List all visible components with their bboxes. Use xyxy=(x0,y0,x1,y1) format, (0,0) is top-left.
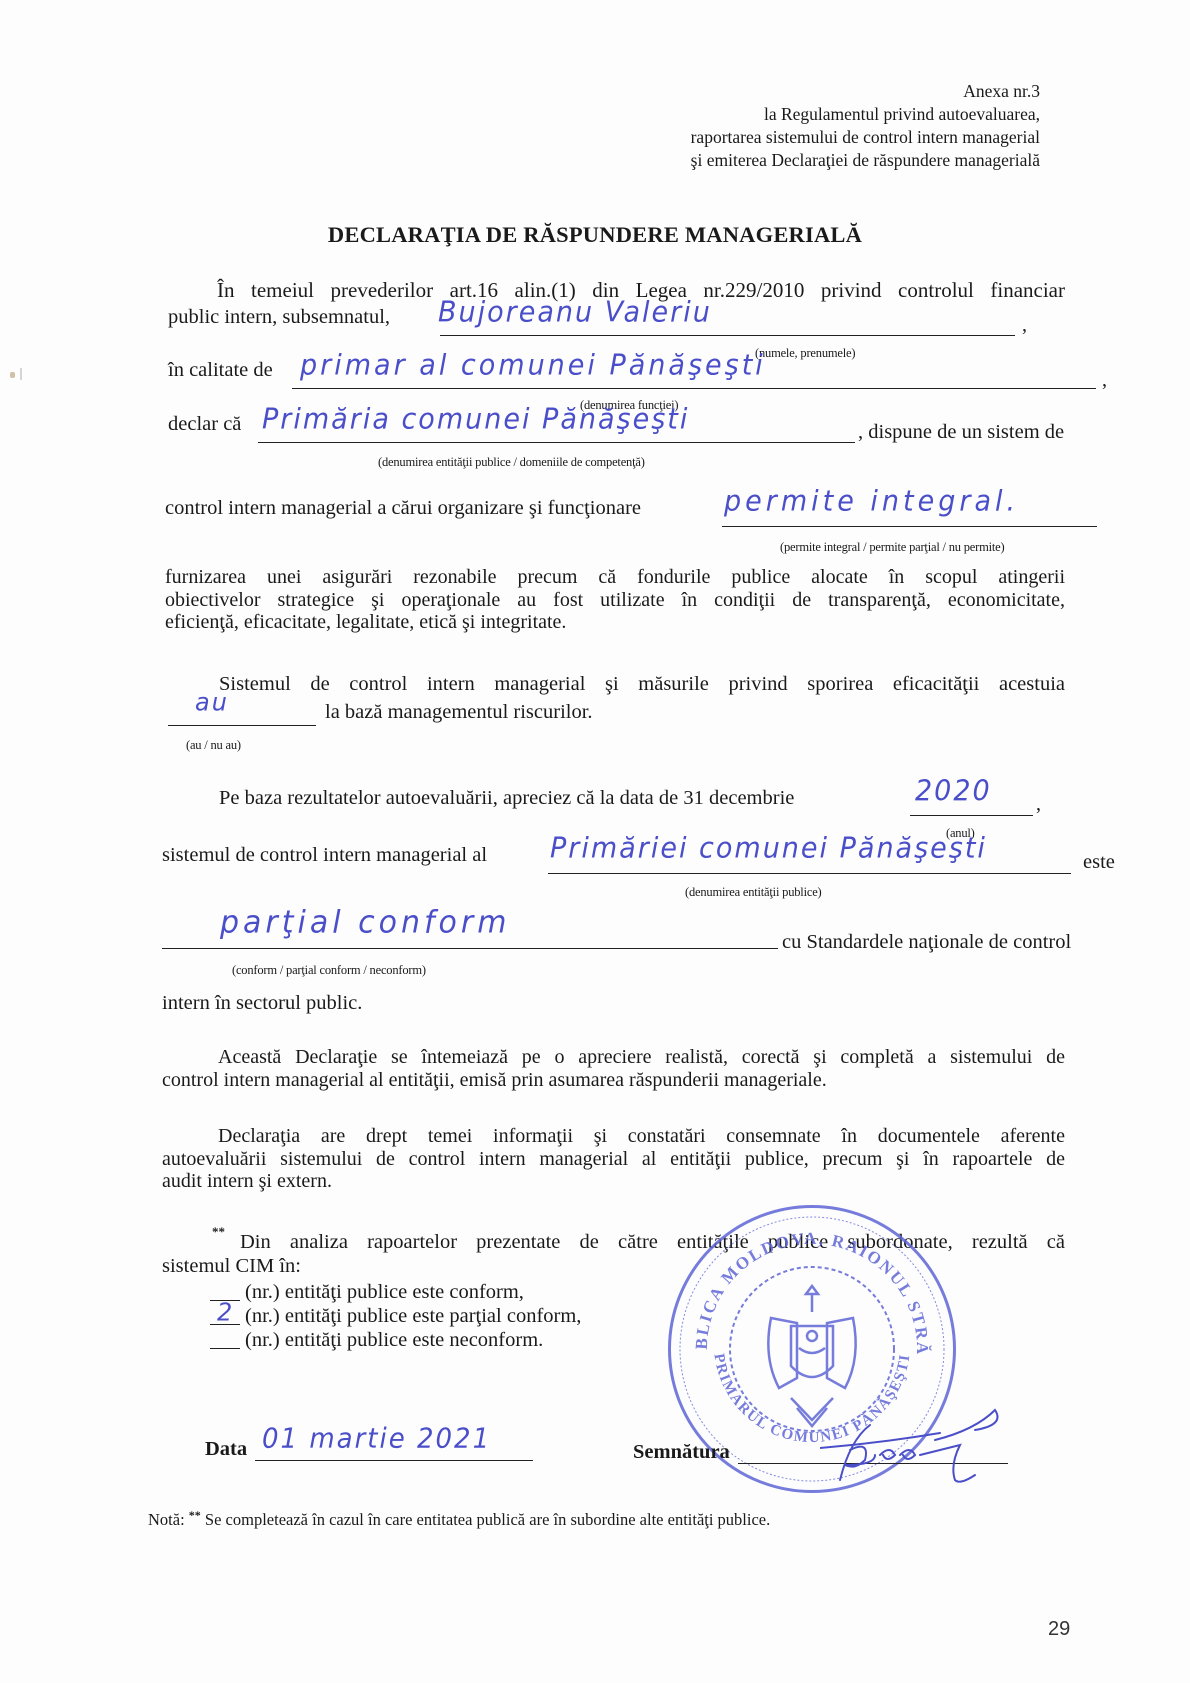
statement-1-line-2: control intern managerial al entităţii, … xyxy=(162,1069,1065,1092)
entity-field-hint: (denumirea entităţii publice / domeniile… xyxy=(378,455,645,469)
control-body-line-2: obiectivelor strategice şi operaţionale … xyxy=(165,589,1065,612)
date-label: Data xyxy=(205,1437,247,1461)
scan-speck xyxy=(20,368,22,380)
conformity-field-hint: (conform / parţial conform / neconform) xyxy=(232,963,426,977)
conform-count-label: (nr.) entităţi publice este conform, xyxy=(245,1280,524,1304)
role-field-comma: , xyxy=(1102,368,1107,392)
statement-1-line-1: Această Declaraţie se întemeiază pe o ap… xyxy=(162,1046,1065,1069)
page-number: 29 xyxy=(1048,1618,1070,1641)
annex-number: Anexa nr.3 xyxy=(691,80,1040,103)
partial-count-value[interactable]: 2 xyxy=(217,1297,234,1326)
conformity-suffix: cu Standardele naţionale de control xyxy=(782,930,1071,954)
nonconform-count-line xyxy=(210,1348,240,1349)
statement-1: Această Declaraţie se întemeiază pe o ap… xyxy=(162,1046,1065,1091)
system-label: sistemul de control intern managerial al xyxy=(162,843,487,867)
control-label: control intern managerial a cărui organi… xyxy=(165,496,641,520)
footnote-marker: ** xyxy=(189,1508,201,1522)
subordinates-line-2: sistemul CIM în: xyxy=(162,1254,301,1278)
year-field-comma: , xyxy=(1036,792,1041,816)
statement-2-line-2: autoevaluării sistemului de control inte… xyxy=(162,1148,1065,1171)
name-field-value[interactable]: Bujoreanu Valeriu xyxy=(438,296,712,329)
date-field-value[interactable]: 01 martie 2021 xyxy=(262,1423,491,1455)
entity2-field-value[interactable]: Primăriei comunei Pănăşeşti xyxy=(550,832,987,865)
risk-line-1: Sistemul de control intern managerial şi… xyxy=(219,672,1065,696)
year-field-value[interactable]: 2020 xyxy=(915,775,992,808)
conformity-field-line xyxy=(162,948,778,949)
conformity-field-value[interactable]: parţial conform xyxy=(220,904,510,941)
footnote-label: Notă: xyxy=(148,1510,185,1529)
entity2-suffix: este xyxy=(1083,850,1115,874)
annex-line-3: şi emiterea Declaraţiei de răspundere ma… xyxy=(691,149,1040,172)
nonconform-count-label: (nr.) entităţi publice este neconform. xyxy=(245,1328,543,1352)
year-field-line xyxy=(910,815,1033,816)
assessment-label: Pe baza rezultatelor autoevaluării, apre… xyxy=(219,786,794,810)
date-field-line xyxy=(255,1460,533,1461)
entity-field-line xyxy=(258,442,855,443)
declare-suffix: , dispune de un sistem de xyxy=(858,420,1064,444)
statement-2: Declaraţia are drept temei informaţii şi… xyxy=(162,1125,1065,1193)
partial-count-label: (nr.) entităţi publice este parţial conf… xyxy=(245,1304,581,1328)
control-body-line-1: furnizarea unei asigurări rezonabile pre… xyxy=(165,566,1065,589)
control-field-line xyxy=(722,526,1097,527)
control-field-value[interactable]: permite integral. xyxy=(724,485,1019,518)
signature-label: Semnătura xyxy=(633,1440,730,1464)
role-field-line xyxy=(292,388,1096,389)
name-field-line xyxy=(440,335,1015,336)
risk-line-2: la bază managementul riscurilor. xyxy=(325,700,593,724)
role-label: în calitate de xyxy=(168,358,273,382)
handwritten-signature-icon[interactable] xyxy=(820,1400,1020,1485)
declare-label: declar că xyxy=(168,412,241,436)
footnote: Notă: ** Se completează în cazul în care… xyxy=(148,1510,770,1530)
intro-line-2: public intern, subsemnatul, xyxy=(168,305,390,329)
annex-header: Anexa nr.3 la Regulamentul privind autoe… xyxy=(691,80,1040,172)
scan-speck xyxy=(10,372,15,378)
subordinates-marker: ** xyxy=(212,1224,225,1240)
footnote-text: Se completează în cazul în care entitate… xyxy=(205,1510,770,1529)
control-field-hint: (permite integral / permite parţial / nu… xyxy=(780,540,1004,554)
page-title: DECLARAŢIA DE RĂSPUNDERE MANAGERIALĂ xyxy=(0,222,1190,248)
annex-line-1: la Regulamentul privind autoevaluarea, xyxy=(691,103,1040,126)
statement-2-line-3: audit intern şi extern. xyxy=(162,1170,1065,1193)
control-body-line-3: eficienţă, eficacitate, legalitate, etic… xyxy=(165,611,1065,634)
entity-field-value[interactable]: Primăria comunei Pănăşeşti xyxy=(262,403,689,436)
entity2-field-line xyxy=(548,873,1071,874)
risk-field-hint: (au / nu au) xyxy=(186,738,241,752)
role-field-value[interactable]: primar al comunei Pănăşeşti xyxy=(300,349,766,382)
name-field-comma: , xyxy=(1022,313,1027,337)
annex-line-2: raportarea sistemului de control intern … xyxy=(691,126,1040,149)
control-body: furnizarea unei asigurări rezonabile pre… xyxy=(165,566,1065,634)
risk-field-value[interactable]: au xyxy=(195,687,229,716)
entity2-field-hint: (denumirea entităţii publice) xyxy=(685,885,822,899)
name-field-hint: (numele, prenumele) xyxy=(755,346,855,360)
assessment-closing: intern în sectorul public. xyxy=(162,991,362,1015)
risk-field-line xyxy=(168,725,316,726)
statement-2-line-1: Declaraţia are drept temei informaţii şi… xyxy=(162,1125,1065,1148)
